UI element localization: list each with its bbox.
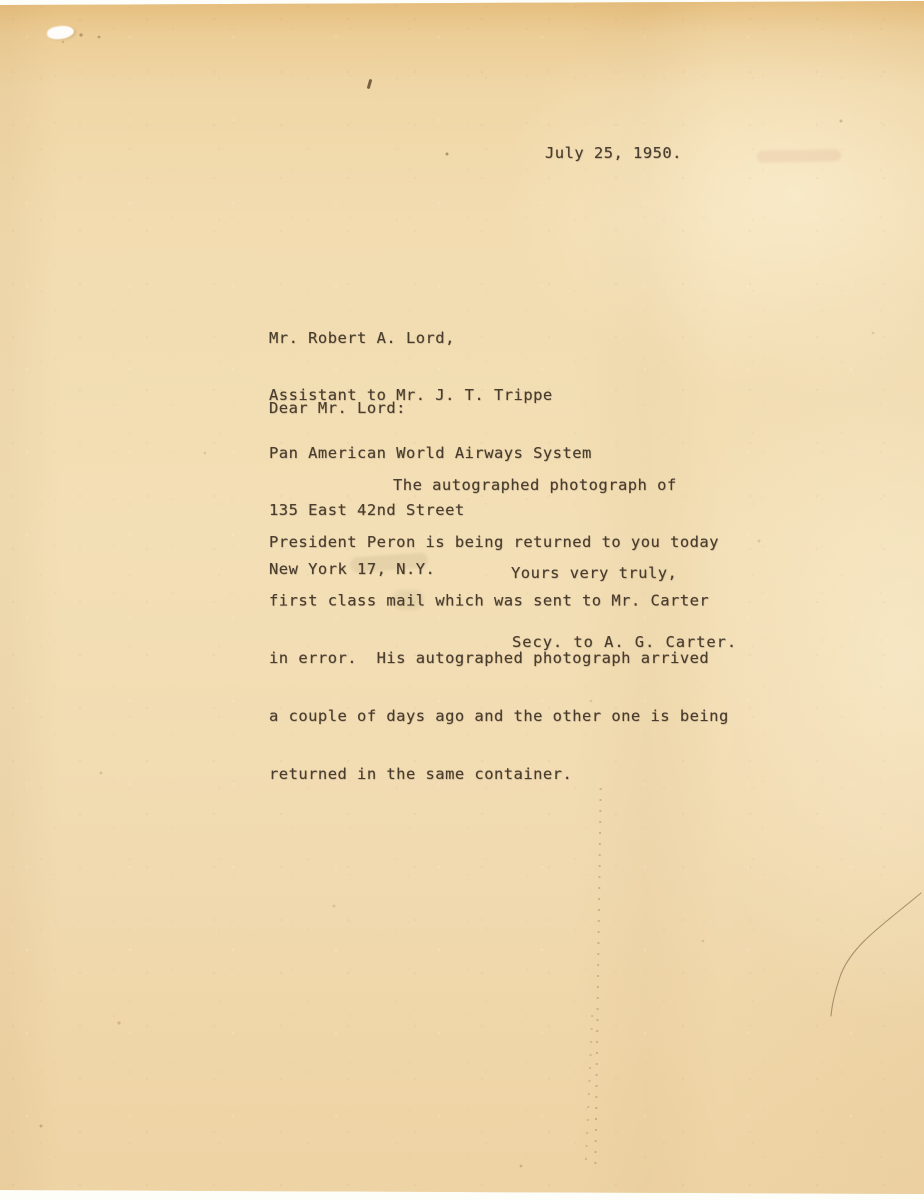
body-line: President Peron is being returned to you… bbox=[269, 533, 729, 552]
letter-date: July 25, 1950. bbox=[545, 144, 682, 163]
recipient-line: Mr. Robert A. Lord, bbox=[269, 329, 592, 348]
complimentary-closing: Yours very truly, bbox=[511, 564, 677, 583]
body-line: a couple of days ago and the other one i… bbox=[269, 707, 729, 726]
letter-body: The autographed photograph of President … bbox=[269, 437, 729, 823]
body-line: The autographed photograph of bbox=[269, 476, 729, 495]
scanned-letter-page: July 25, 1950. Mr. Robert A. Lord, Assis… bbox=[0, 0, 924, 1200]
signature-line: Secy. to A. G. Carter. bbox=[512, 633, 737, 652]
letter-paper: July 25, 1950. Mr. Robert A. Lord, Assis… bbox=[0, 0, 924, 1200]
salutation: Dear Mr. Lord: bbox=[269, 399, 406, 418]
ink-bleedthrough-smudge bbox=[757, 149, 841, 162]
body-line: returned in the same container. bbox=[269, 765, 729, 784]
body-line: first class mail which was sent to Mr. C… bbox=[269, 592, 729, 611]
paper-specks bbox=[0, 0, 2, 2]
